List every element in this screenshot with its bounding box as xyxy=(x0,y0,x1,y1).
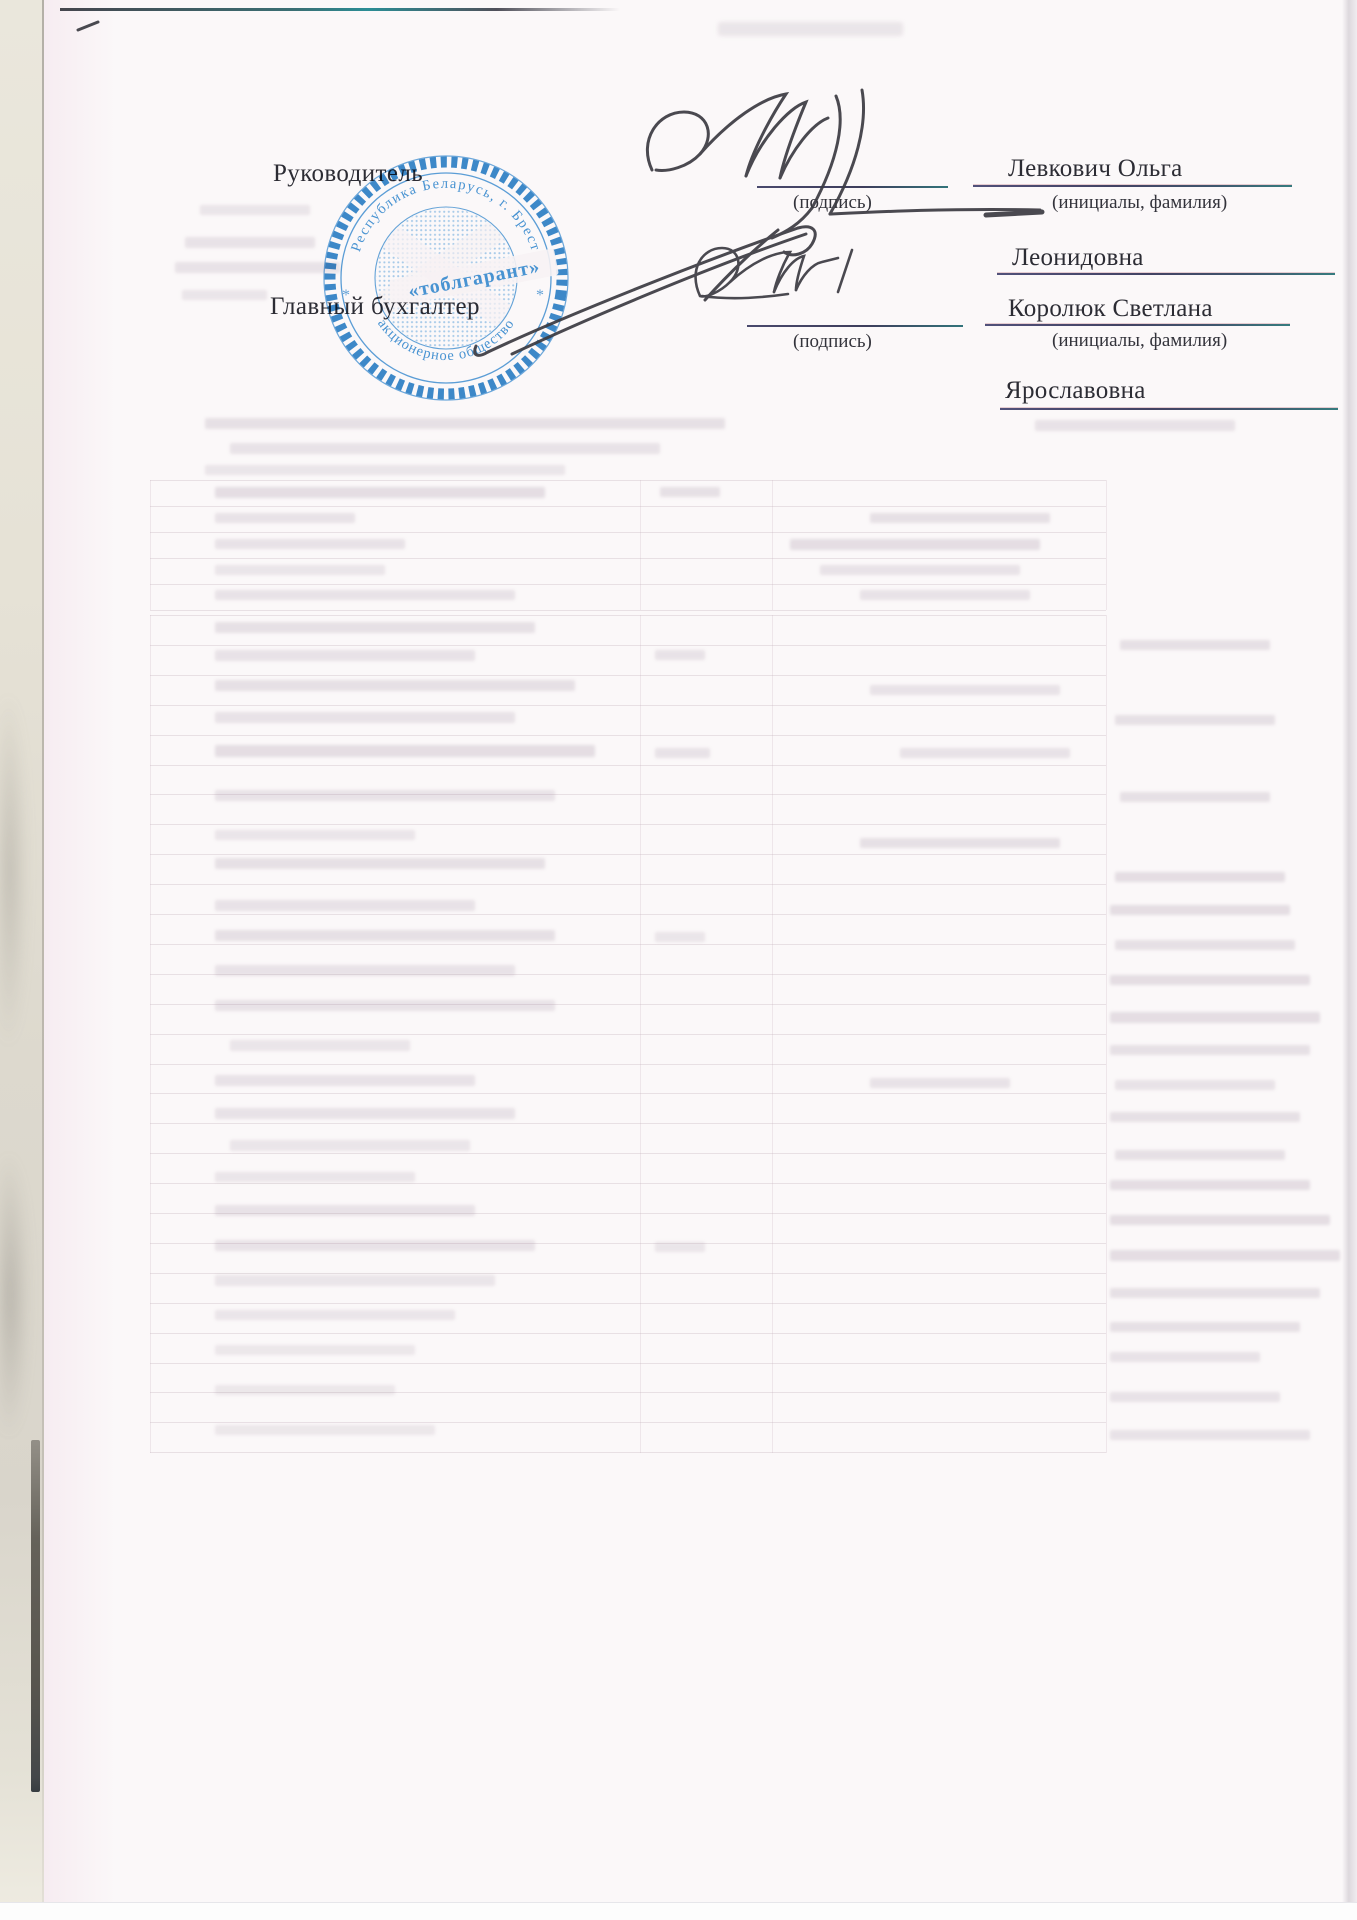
handwritten-signatures xyxy=(0,0,1357,1920)
scanned-document-page: Руководитель Главный бухгалтер (подпись)… xyxy=(0,0,1357,1920)
signature-flourish-strokes xyxy=(475,227,815,356)
scan-artifact-tick xyxy=(78,22,98,30)
signature-1-ink xyxy=(647,90,1042,238)
